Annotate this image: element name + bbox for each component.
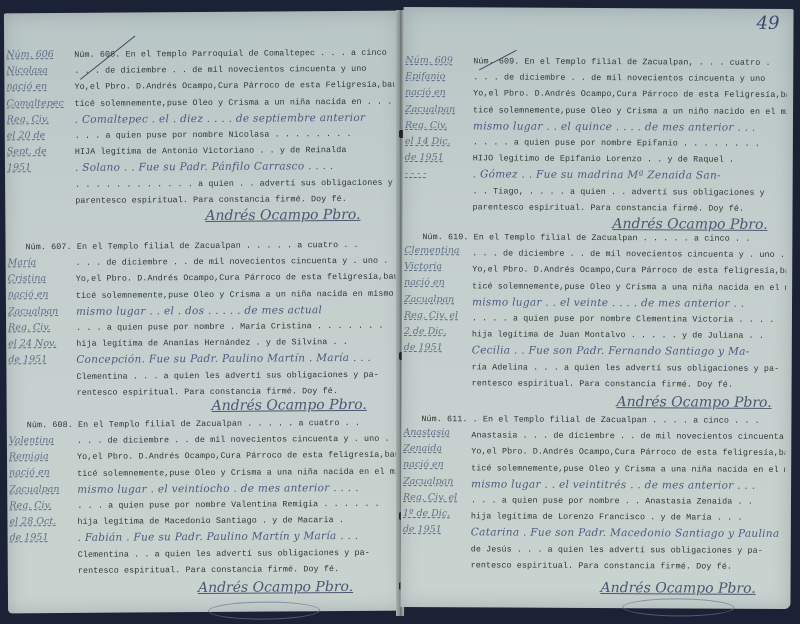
entry-line: Yo,el Pbro. D.Andrés Ocampo,Cura Párroco… — [421, 443, 785, 461]
entry-line: Núm. 611. . En el Templo filial de Zacua… — [421, 411, 785, 429]
entry-line: . . . de diciembre . . de mil noveciento… — [422, 245, 786, 263]
entry-line: Núm. 609. En el Templo filial de Zacualp… — [473, 53, 787, 71]
entry-line: Concepción. Fue su Padr. Paulino Martín … — [26, 350, 396, 369]
entry-line: Anastasia . . . de diciembre . . de mil … — [421, 427, 785, 445]
signature: Andrés Ocampo Pbro. — [205, 207, 360, 224]
entry-text: Núm. 611. . En el Templo filial de Zacua… — [421, 411, 786, 575]
entry-line: . . . de diciembre . . de mil noveciento… — [473, 70, 787, 88]
signature: Andrés Ocampo Pbro. — [198, 579, 353, 596]
baptism-entry-609: Núm. 609 Epifanio nació en Zacualpan Reg… — [403, 53, 793, 55]
entry-line: hija legítima de Lorenzo Francisco . y d… — [421, 508, 785, 526]
entry-line: de Jesús . . . a quien les advertí sus o… — [421, 541, 785, 559]
signature: Andrés Ocampo Pbro. — [212, 397, 367, 414]
entry-line: Catarina . Fue son Padr. Macedonio Santi… — [421, 524, 785, 542]
entry-line: ticé solemnemente,puse Oleo y Crisma a u… — [473, 102, 787, 120]
entry-line: . . . a quien puse por nombre . . Anasta… — [421, 492, 785, 510]
entry-line: ticé solemnemente,puse Oleo y Crisma a u… — [422, 278, 786, 296]
entry-text: Núm. 606. En el Templo Parroquial de Com… — [74, 45, 395, 209]
entry-line: hija legítima de Juan Montalvo . . . . .… — [422, 326, 786, 344]
left-page: Núm. 606 Nicolasa nació en Comaltepec Re… — [4, 11, 404, 614]
entry-line: Núm. 610. En el Templo filial de Zacualp… — [422, 229, 786, 247]
entry-line: ticé solemnemente,puse Oleo y Crisma a u… — [26, 285, 396, 304]
entry-line: ticé solemnemente,puse Oleo y Crisma a u… — [74, 93, 394, 111]
entry-line: Clementina . . . a quien les advertí sus… — [26, 366, 396, 385]
baptism-entry-611: Anastasia Zenaida nació en Zacualpan Reg… — [401, 411, 791, 413]
entry-line: rentesco espiritual. Para constancia fir… — [422, 375, 786, 393]
right-page: 49 Núm. 609 Epifanio nació en Zacualpan … — [400, 7, 793, 609]
entry-line: Clementina . . a quien les advertí sus o… — [28, 544, 398, 563]
margin-notes: Núm. 609 Epifanio nació en Zacualpan Reg… — [405, 53, 472, 183]
entry-line: rentesco espiritual. Para constancia fir… — [28, 560, 398, 579]
entry-line: . . . . . . . . . . . . a quien . . adve… — [75, 174, 395, 192]
entry-line: Yo,el Pbro. D.Andrés Ocampo,Cura Párroco… — [26, 269, 396, 288]
entry-line: Yo,el Pbro. D.Andrés Ocampo,Cura Párroco… — [473, 86, 787, 104]
entry-line: ría Adelina . . . a quien les advertí su… — [422, 359, 786, 377]
entry-line: . Fabián . Fue su Padr. Paulino Martín y… — [28, 528, 398, 547]
entry-line: parentesco espiritual. Para constancia f… — [472, 199, 786, 217]
entry-line: Yo,el Pbro. D.Andrés Ocampo,Cura Párroco… — [422, 261, 786, 279]
signature-flourish — [622, 598, 734, 617]
entry-line: . . . . a quien puse por nombre Epifanio… — [473, 134, 787, 152]
margin-notes: Núm. 606 Nicolasa nació en Comaltepec Re… — [6, 47, 73, 177]
entry-line: rentesco espiritual. Para constancia fir… — [421, 557, 785, 575]
page-number: 49 — [757, 13, 780, 34]
entry-line: Yo,el Pbro. D.Andrés Ocampo,Cura Párroco… — [27, 447, 397, 466]
signature: Andrés Ocampo Pbro. — [616, 394, 771, 411]
signature: Andrés Ocampo Pbro. — [600, 580, 755, 597]
entry-line: . . Tiago, . . . . a quien . . advertí s… — [473, 183, 787, 201]
entry-text: Núm. 610. En el Templo filial de Zacualp… — [422, 229, 787, 393]
entry-text: Núm. 607. En el Templo filial de Zacualp… — [25, 237, 396, 401]
entry-line: ticé solemnemente,puse Oleo y Crisma a u… — [421, 460, 785, 478]
entry-line: . . . . a quien puse por nombre Clementi… — [422, 310, 786, 328]
baptism-entry-607: María Cristina nació en Zacualpan Reg. C… — [5, 231, 401, 234]
entry-text: Núm. 609. En el Templo filial de Zacualp… — [472, 53, 787, 217]
entry-line: mismo lugar . . el quince . . . . de mes… — [473, 118, 787, 136]
signature-flourish — [208, 601, 320, 620]
entry-line: . Gómez . . Fue su madrina Mª Zenaida Sa… — [473, 167, 787, 185]
entry-line: HIJO legítimo de Epifanio Lorenzo . . y … — [473, 150, 787, 168]
entry-line: mismo lugar . . el veintitrés . . de mes… — [421, 476, 785, 494]
entry-line: Cecilia . . Fue son Padr. Fernando Santi… — [422, 342, 786, 360]
entry-line: Yo,el Pbro. D.Andrés Ocampo,Cura Párroco… — [74, 77, 394, 95]
entry-line: . . . a quien puse por nombre Nicolasa .… — [75, 126, 395, 144]
entry-text: Núm. 608. En el Templo filial de Zacualp… — [27, 415, 398, 579]
baptism-entry-606: Núm. 606 Nicolasa nació en Comaltepec Re… — [4, 39, 400, 42]
entry-line: mismo lugar . . el veinte . . . . de mes… — [422, 294, 786, 312]
